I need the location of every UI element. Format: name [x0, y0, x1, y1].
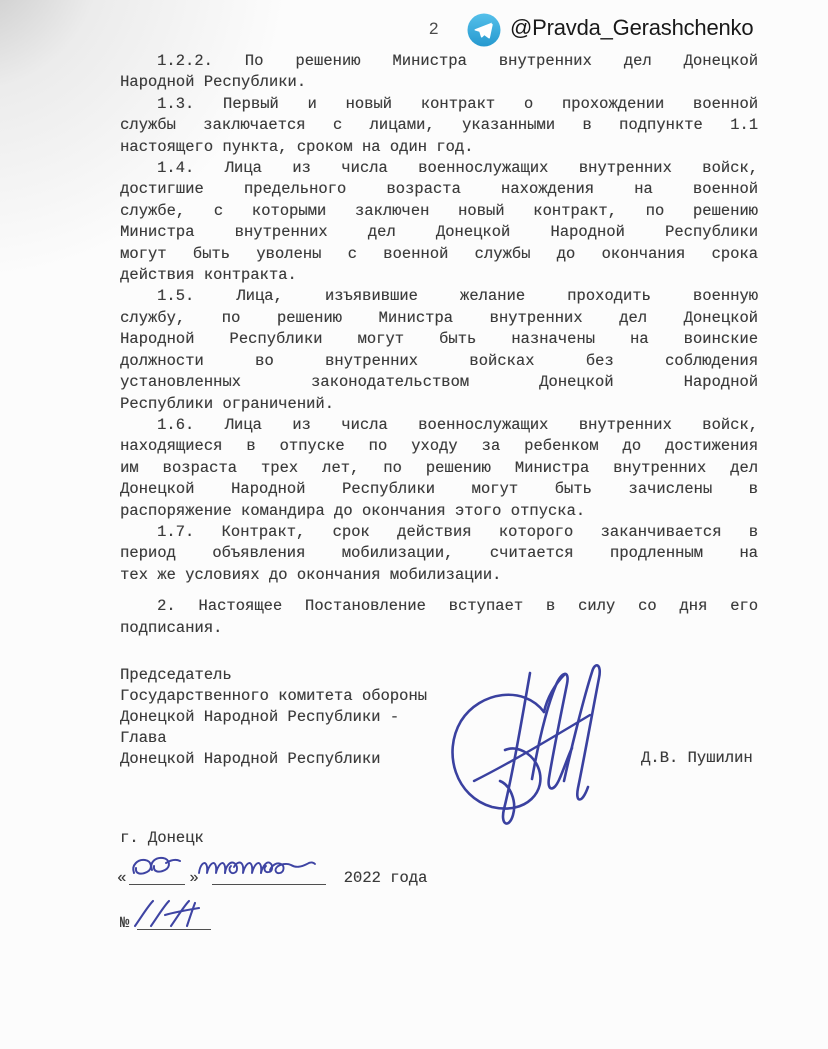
date-line: «»2022 года: [117, 867, 427, 889]
text-line: службе, с которыми заключен новый контра…: [120, 201, 758, 222]
text-line: находящиеся в отпуске по уходу за ребенк…: [120, 436, 758, 457]
telegram-channel-handle: @Pravda_Gerashchenko: [510, 15, 753, 41]
day-blank-underline: [129, 867, 185, 885]
open-quote: «: [117, 869, 126, 887]
text-line: Народной Республики могут быть назначены…: [120, 329, 758, 350]
text-line: 1.3. Первый и новый контракт о прохожден…: [120, 94, 758, 115]
signoff-line: Председатель: [120, 665, 540, 686]
signoff-line: Донецкой Народной Республики -: [120, 707, 540, 728]
text-line: им возраста трех лет, по решению Министр…: [120, 458, 758, 479]
text-line: 1.2.2. По решению Министра внутренних де…: [120, 51, 758, 72]
text-line: 1.4. Лица из числа военнослужащих внутре…: [120, 158, 758, 179]
page-number: 2: [429, 19, 438, 39]
text-line: настоящего пункта, сроком на один год.: [120, 137, 758, 158]
text-line: 1.5. Лица, изъявившие желание проходить …: [120, 286, 758, 307]
document-body: 1.2.2. По решению Министра внутренних де…: [120, 51, 758, 639]
text-line: 1.7. Контракт, срок действия которого за…: [120, 522, 758, 543]
signoff-line: Глава: [120, 728, 540, 749]
year-text: 2022 года: [344, 869, 428, 887]
text-line: Народной Республики.: [120, 72, 758, 93]
signoff-line: Донецкой Народной Республики: [120, 749, 540, 770]
text-line: подписания.: [120, 618, 758, 639]
text-line: Донецкой Народной Республики могут быть …: [120, 479, 758, 500]
text-line: 1.6. Лица из числа военнослужащих внутре…: [120, 415, 758, 436]
text-line: могут быть уволены с военной службы до о…: [120, 244, 758, 265]
text-line: службу, по решению Министра внутренних д…: [120, 308, 758, 329]
text-line: установленных законодательством Донецкой…: [120, 372, 758, 393]
signoff-line: Государственного комитета обороны: [120, 686, 540, 707]
signoff-block: ПредседательГосударственного комитета об…: [120, 665, 540, 770]
text-line: службы заключается с лицами, указанными …: [120, 115, 758, 136]
text-line: распоряжение командира до окончания этог…: [120, 501, 758, 522]
text-line: Министра внутренних дел Донецкой Народно…: [120, 222, 758, 243]
text-line: 2. Настоящее Постановление вступает в си…: [120, 596, 758, 617]
document-page: 2 @Pravda_Gerashchenko 1.2.2. По решению…: [0, 0, 828, 1049]
signer-name: Д.В. Пушилин: [641, 749, 753, 767]
text-line: должности во внутренних войсках без собл…: [120, 351, 758, 372]
text-line: достигшие предельного возраста нахождени…: [120, 179, 758, 200]
telegram-icon: [467, 13, 501, 52]
text-line: период объявления мобилизации, считается…: [120, 543, 758, 564]
place-line: г. Донецк: [120, 829, 204, 847]
number-line: №: [120, 912, 211, 934]
number-label: №: [120, 914, 129, 932]
number-blank-underline: [137, 912, 211, 930]
text-line: тех же условиях до окончания мобилизации…: [120, 565, 758, 586]
text-line: Республики ограничений.: [120, 394, 758, 415]
text-line: действия контракта.: [120, 265, 758, 286]
month-blank-underline: [212, 867, 326, 885]
close-quote: »: [189, 869, 198, 887]
